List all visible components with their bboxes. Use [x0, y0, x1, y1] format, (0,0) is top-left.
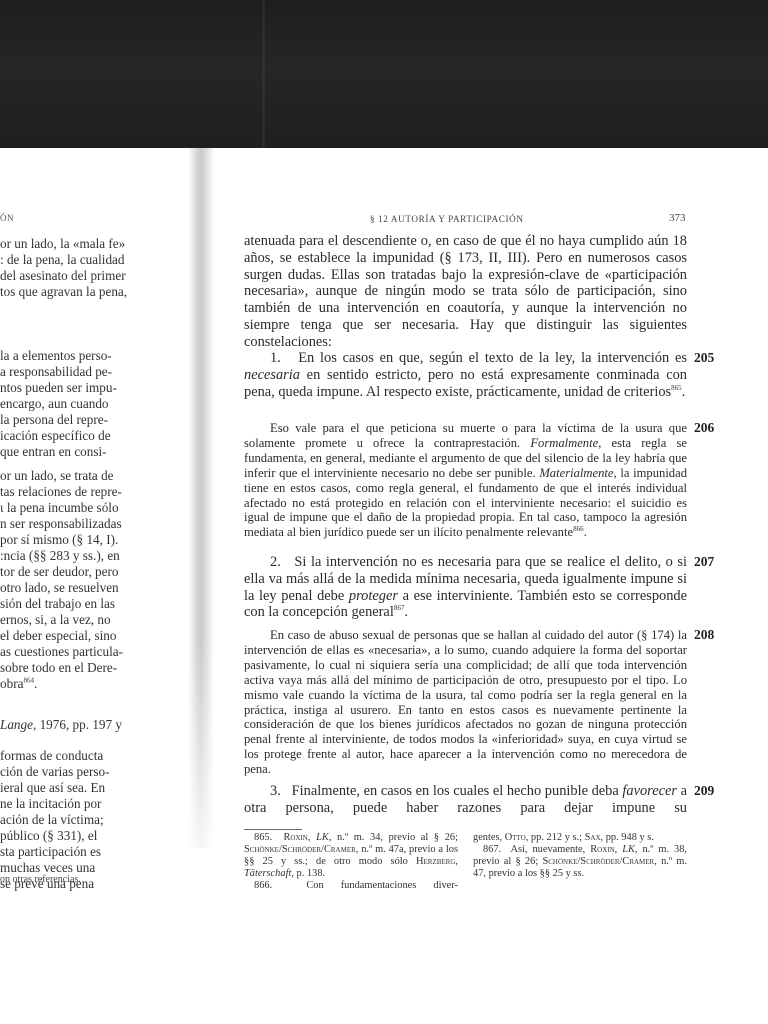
- left-page-line: ntos pueden ser impu-: [0, 380, 117, 396]
- left-page-line: ernos, si, a la vez, no: [0, 612, 111, 628]
- scanner-background-band: [0, 0, 768, 148]
- footnote-867: 867. Así, nuevamente, Roxin, LK, n.º m. …: [473, 844, 687, 880]
- left-page-line: ación de la víctima;: [0, 812, 104, 828]
- left-page-line: ieral que así sea. En: [0, 780, 105, 796]
- marginal-number-208: 208: [694, 627, 714, 643]
- section-209-text: 3. Finalmente, en casos en los cuales el…: [244, 783, 687, 817]
- left-page-line: ne la incitación por: [0, 796, 101, 812]
- left-page-line: obra864.: [0, 676, 37, 692]
- left-page-line: :ncia (§§ 283 y ss.), en: [0, 548, 120, 564]
- left-footnote-fragment: on otras referencias.: [0, 872, 81, 888]
- footnote-866-start: 866. Con fundamentaciones diver-: [244, 880, 458, 892]
- marginal-number-209: 209: [694, 783, 714, 799]
- left-page-line: ción de varias perso-: [0, 764, 110, 780]
- left-running-head: ÓN: [0, 210, 14, 226]
- left-page-line: tor de ser deudor, pero: [0, 564, 118, 580]
- left-page-line: sobre todo en el Dere-: [0, 660, 117, 676]
- left-page-line: del asesinato del primer: [0, 268, 126, 284]
- left-page-line: encargo, aun cuando: [0, 396, 109, 412]
- left-page-line: as cuestiones particula-: [0, 644, 123, 660]
- left-page-line: que entran en consi-: [0, 444, 107, 460]
- left-page-line: or un lado, se trata de: [0, 468, 114, 484]
- left-page-line: n ser responsabilizadas: [0, 516, 122, 532]
- left-page-fragment: ÓN or un lado, la «mala fe»: de la pena,…: [0, 200, 160, 900]
- left-page-line: tas relaciones de repre-: [0, 484, 122, 500]
- section-206: Eso vale para el que peticiona su muerte…: [244, 421, 687, 540]
- gutter-fade: [188, 640, 214, 890]
- section-205: 1. En los casos en que, según el texto d…: [244, 350, 687, 400]
- section-208-text: En caso de abuso sexual de personas que …: [244, 628, 687, 777]
- footnotes-column-left: 865. Roxin, LK, n.º m. 34, previo al § 2…: [244, 832, 458, 892]
- marginal-number-205: 205: [694, 350, 714, 366]
- footnote-866-end: gentes, Otto, pp. 212 y s.; Sax, pp. 948…: [473, 832, 687, 844]
- intro-text: atenuada para el descendiente o, en caso…: [244, 233, 687, 351]
- section-209: 3. Finalmente, en casos en los cuales el…: [244, 783, 687, 817]
- left-page-line: por sí mismo (§ 14, I).: [0, 532, 118, 548]
- section-207: 2. Si la intervención no es necesaria pa…: [244, 554, 687, 621]
- left-page-line: or un lado, la «mala fe»: [0, 236, 125, 252]
- left-page-line: a responsabilidad pe-: [0, 364, 112, 380]
- page-number: 373: [669, 212, 686, 224]
- footnotes-column-right: gentes, Otto, pp. 212 y s.; Sax, pp. 948…: [473, 832, 687, 880]
- left-page-line: Lange, 1976, pp. 197 y: [0, 717, 122, 733]
- left-page-line: icación específico de: [0, 428, 111, 444]
- left-page-line: el deber especial, sino: [0, 628, 116, 644]
- left-page-line: otro lado, se resuelven: [0, 580, 119, 596]
- section-205-text: 1. En los casos en que, según el texto d…: [244, 350, 687, 400]
- left-page-line: formas de conducta: [0, 748, 103, 764]
- left-page-line: la a elementos perso-: [0, 348, 112, 364]
- running-head: § 12 AUTORÍA Y PARTICIPACIÓN: [370, 214, 524, 224]
- footnote-rule: [244, 829, 302, 830]
- left-page-line: tos que agravan la pena,: [0, 284, 127, 300]
- section-206-text: Eso vale para el que peticiona su muerte…: [244, 421, 687, 540]
- left-page-line: ι la pena incumbe sólo: [0, 500, 119, 516]
- section-207-text: 2. Si la intervención no es necesaria pa…: [244, 554, 687, 621]
- footnote-ref-865[interactable]: 865: [671, 384, 682, 392]
- footnote-865: 865. Roxin, LK, n.º m. 34, previo al § 2…: [244, 832, 458, 880]
- section-208: En caso de abuso sexual de personas que …: [244, 628, 687, 777]
- left-page-line: : de la pena, la cualidad: [0, 252, 125, 268]
- marginal-number-207: 207: [694, 554, 714, 570]
- footnote-ref-866[interactable]: 866: [573, 525, 584, 533]
- marginal-number-206: 206: [694, 420, 714, 436]
- footnote-ref-867[interactable]: 867: [394, 605, 405, 613]
- intro-paragraph: atenuada para el descendiente o, en caso…: [244, 233, 687, 351]
- left-page-line: sión del trabajo en las: [0, 596, 115, 612]
- left-page-line: la persona del repre-: [0, 412, 108, 428]
- left-page-line: público (§ 331), el: [0, 828, 97, 844]
- left-page-line: sta participación es: [0, 844, 101, 860]
